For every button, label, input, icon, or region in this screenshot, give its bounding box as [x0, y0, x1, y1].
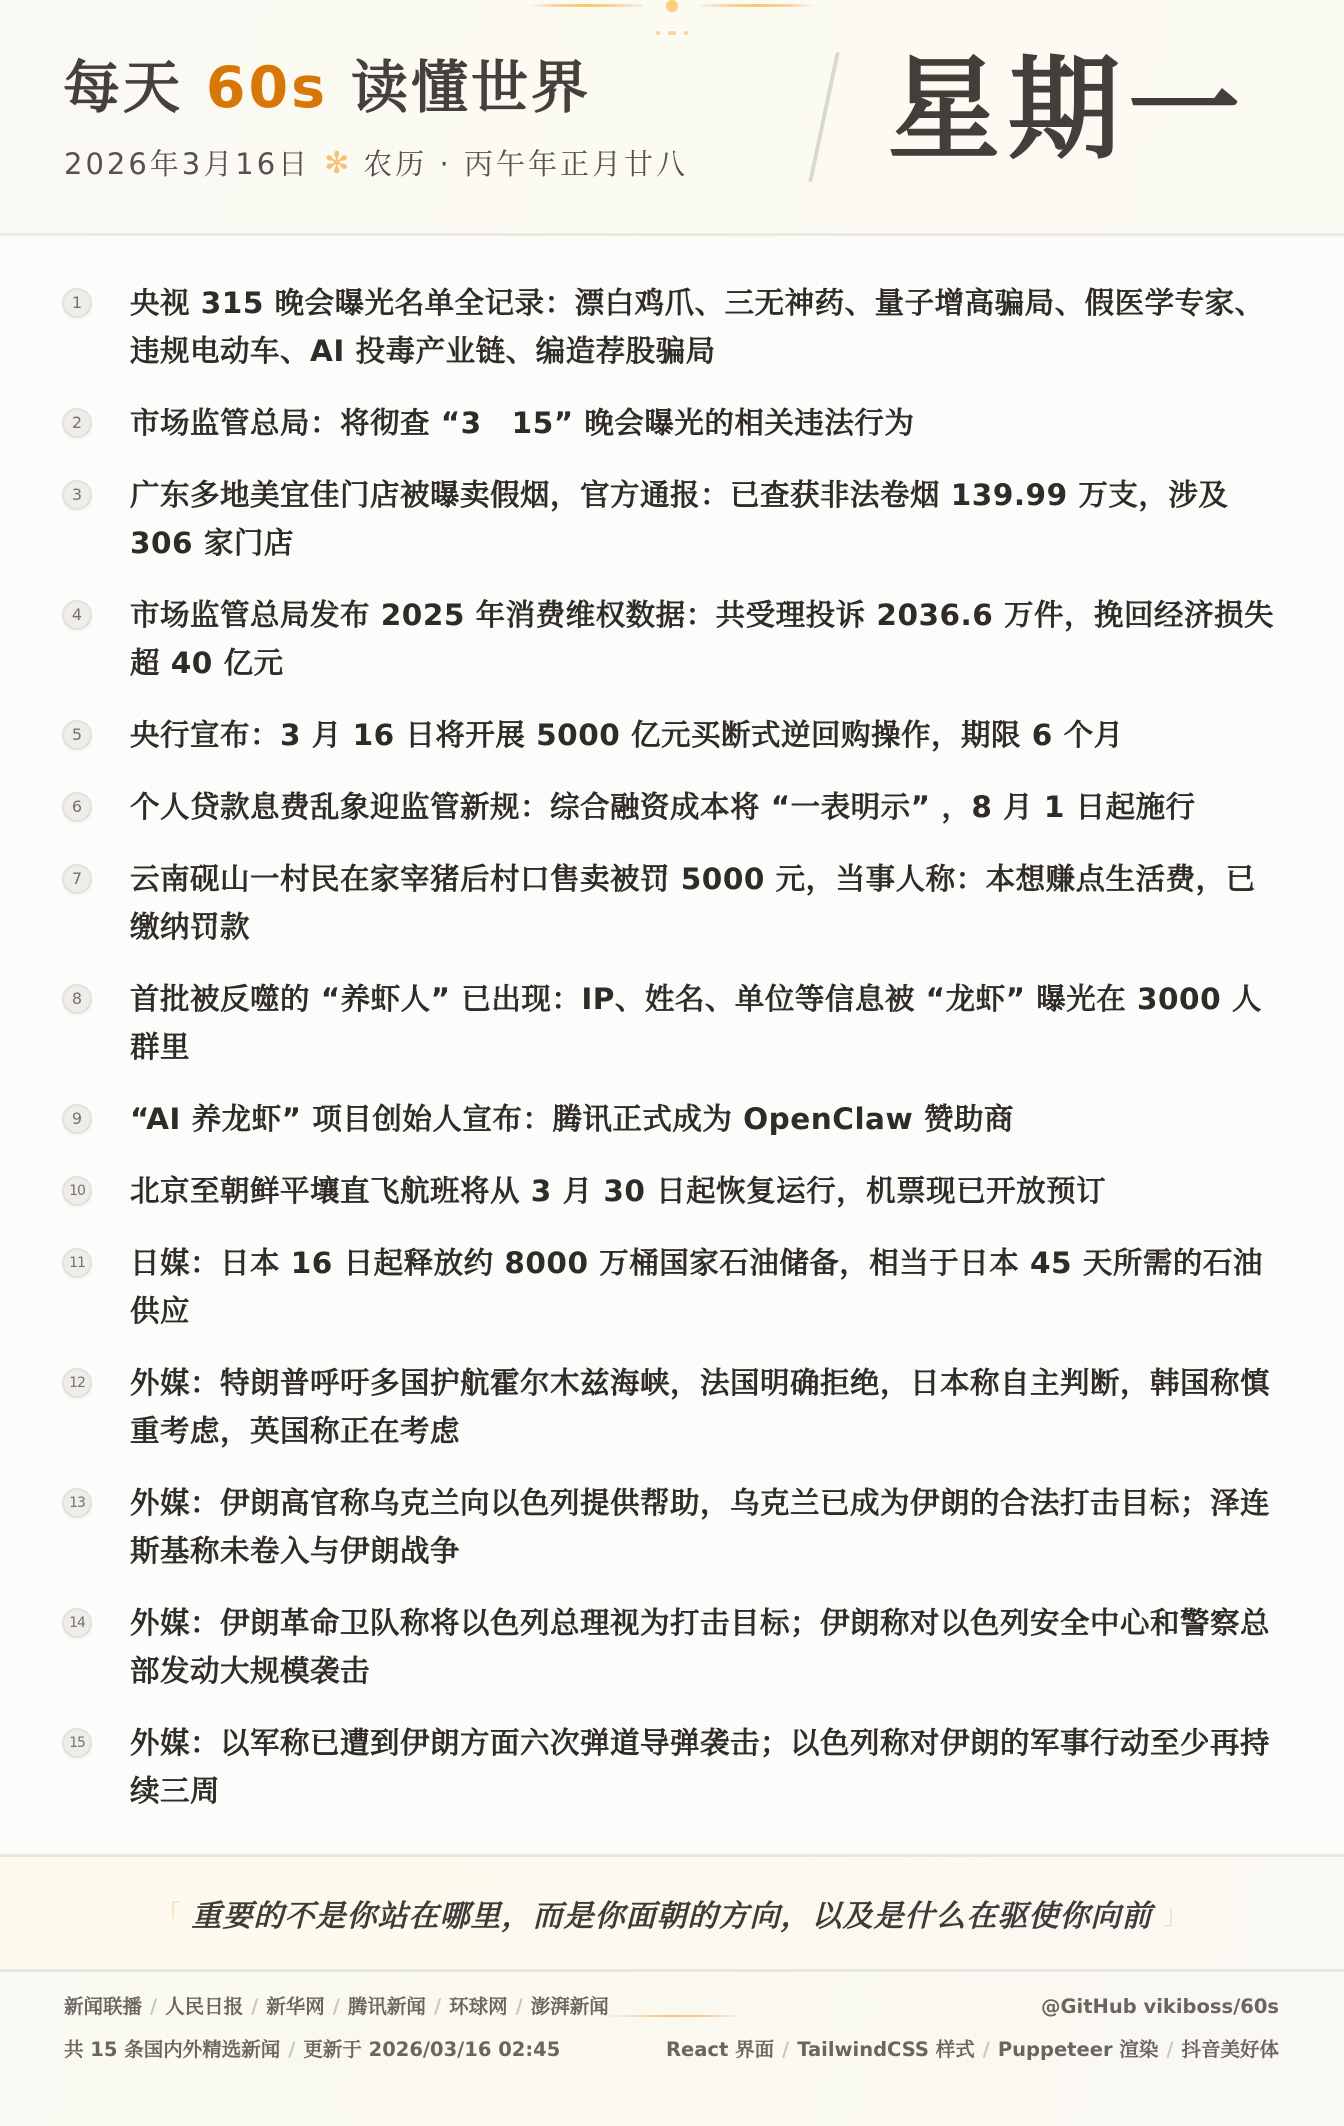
- news-headline: “AI 养龙虾” 项目创始人宣布：腾讯正式成为 OpenClaw 赞助商: [130, 1095, 1282, 1143]
- news-item: 8首批被反噬的 “养虾人” 已出现：IP、姓名、单位等信息被 “龙虾” 曝光在 …: [62, 975, 1282, 1071]
- separator-slash: /: [333, 1993, 340, 2021]
- quote-close-bracket-icon: 」: [1163, 1895, 1189, 1932]
- source-name: 新闻联播: [64, 1993, 142, 2021]
- news-index-badge: 6: [62, 792, 92, 822]
- news-sources: 新闻联播/人民日报/新华网/腾讯新闻/环球网/澎湃新闻: [64, 1993, 609, 2021]
- source-name: 腾讯新闻: [348, 1993, 426, 2021]
- news-headline: 个人贷款息费乱象迎监管新规：综合融资成本将 “一表明示” ，8 月 1 日起施行: [130, 783, 1282, 831]
- separator-slash: /: [983, 2036, 990, 2064]
- news-item: 11日媒：日本 16 日起释放约 8000 万桶国家石油储备，相当于日本 45 …: [62, 1239, 1282, 1335]
- ornament-mini-dots-icon: [656, 31, 688, 35]
- ornament-bar-left: [528, 4, 643, 7]
- top-ornament-icon: [528, 0, 816, 40]
- news-index-badge: 8: [62, 984, 92, 1014]
- news-item: 1央视 315 晚会曝光名单全记录：漂白鸡爪、三无神药、量子增高骗局、假医学专家…: [62, 279, 1282, 375]
- tech-item: Puppeteer 渲染: [998, 2036, 1159, 2064]
- news-headline: 日媒：日本 16 日起释放约 8000 万桶国家石油储备，相当于日本 45 天所…: [130, 1239, 1282, 1335]
- ornament-bar-right: [701, 4, 816, 7]
- summary-item: 更新于 2026/03/16 02:45: [303, 2036, 560, 2064]
- news-item: 9“AI 养龙虾” 项目创始人宣布：腾讯正式成为 OpenClaw 赞助商: [62, 1095, 1282, 1143]
- page-title: 每天 60s 读懂世界: [63, 48, 591, 128]
- news-headline: 北京至朝鲜平壤直飞航班将从 3 月 30 日起恢复运行，机票现已开放预订: [130, 1167, 1282, 1215]
- news-index-badge: 14: [62, 1608, 92, 1638]
- news-index-badge: 11: [62, 1248, 92, 1278]
- title-accent: 60s: [206, 55, 328, 121]
- news-item: 13外媒：伊朗高官称乌克兰向以色列提供帮助，乌克兰已成为伊朗的合法打击目标；泽连…: [62, 1479, 1282, 1575]
- news-headline: 首批被反噬的 “养虾人” 已出现：IP、姓名、单位等信息被 “龙虾” 曝光在 3…: [130, 975, 1282, 1071]
- news-index-badge: 7: [62, 864, 92, 894]
- news-headline: 市场监管总局发布 2025 年消费维权数据：共受理投诉 2036.6 万件，挽回…: [130, 591, 1282, 687]
- news-index-badge: 2: [62, 408, 92, 438]
- separator-slash: /: [251, 1993, 258, 2021]
- news-item: 12外媒：特朗普呼吁多国护航霍尔木兹海峡，法国明确拒绝，日本称自主判断，韩国称慎…: [62, 1359, 1282, 1455]
- news-item: 4市场监管总局发布 2025 年消费维权数据：共受理投诉 2036.6 万件，挽…: [62, 591, 1282, 687]
- title-suffix: 读懂世界: [328, 55, 591, 121]
- mini-dot: [684, 31, 688, 35]
- news-headline: 外媒：伊朗革命卫队称将以色列总理视为打击目标；伊朗称对以色列安全中心和警察总部发…: [130, 1599, 1282, 1695]
- news-headline: 央视 315 晚会曝光名单全记录：漂白鸡爪、三无神药、量子增高骗局、假医学专家、…: [130, 279, 1282, 375]
- tech-item: 抖音美好体: [1181, 2036, 1279, 2064]
- news-index-badge: 3: [62, 480, 92, 510]
- news-index-badge: 13: [62, 1488, 92, 1518]
- separator-slash: /: [434, 1993, 441, 2021]
- footer: 新闻联播/人民日报/新华网/腾讯新闻/环球网/澎湃新闻 共 15 条国内外精选新…: [0, 1975, 1344, 2126]
- news-item: 3广东多地美宜佳门店被曝卖假烟，官方通报：已查获非法卷烟 139.99 万支，涉…: [62, 471, 1282, 567]
- news-index-badge: 10: [62, 1176, 92, 1206]
- news-item: 5央行宣布：3 月 16 日将开展 5000 亿元买断式逆回购操作，期限 6 个…: [62, 711, 1282, 759]
- quote-open-bracket-icon: 「: [155, 1895, 181, 1932]
- mini-dot: [668, 31, 676, 35]
- separator-slash: /: [150, 1993, 157, 2021]
- title-prefix: 每天: [63, 55, 206, 121]
- separator-slash: /: [1166, 2036, 1173, 2064]
- header: 每天 60s 读懂世界 2026年3月16日 ✻ 农历 · 丙午年正月廿八 星期…: [0, 0, 1344, 236]
- mini-dot: [656, 31, 660, 35]
- github-credit-text[interactable]: @GitHub vikiboss/60s: [1041, 1993, 1279, 2021]
- news-item: 10北京至朝鲜平壤直飞航班将从 3 月 30 日起恢复运行，机票现已开放预订: [62, 1167, 1282, 1215]
- news-list: 1央视 315 晚会曝光名单全记录：漂白鸡爪、三无神药、量子增高骗局、假医学专家…: [0, 239, 1344, 1852]
- ornament-dot-icon: [666, 0, 678, 12]
- news-index-badge: 1: [62, 288, 92, 318]
- lunar-date: 农历 · 丙午年正月廿八: [363, 144, 688, 184]
- daily-news-page: 每天 60s 读懂世界 2026年3月16日 ✻ 农历 · 丙午年正月廿八 星期…: [0, 0, 1344, 2126]
- source-name: 新华网: [266, 1993, 325, 2021]
- tech-stack: React 界面/TailwindCSS 样式/Puppeteer 渲染/抖音美…: [666, 2036, 1279, 2064]
- github-credit[interactable]: @GitHub vikiboss/60s: [1041, 1993, 1279, 2021]
- quote-text: 重要的不是你站在哪里，而是你面朝的方向，以及是什么在驱使你向前: [192, 1891, 1153, 1935]
- source-name: 人民日报: [165, 1993, 243, 2021]
- news-headline: 外媒：特朗普呼吁多国护航霍尔木兹海峡，法国明确拒绝，日本称自主判断，韩国称慎重考…: [130, 1359, 1282, 1455]
- news-headline: 央行宣布：3 月 16 日将开展 5000 亿元买断式逆回购操作，期限 6 个月: [130, 711, 1282, 759]
- separator-slash: /: [782, 2036, 789, 2064]
- weekday: 星期一: [888, 40, 1248, 180]
- news-headline: 外媒：以军称已遭到伊朗方面六次弹道导弹袭击；以色列称对伊朗的军事行动至少再持续三…: [130, 1719, 1282, 1815]
- news-item: 14外媒：伊朗革命卫队称将以色列总理视为打击目标；伊朗称对以色列安全中心和警察总…: [62, 1599, 1282, 1695]
- source-name: 环球网: [449, 1993, 508, 2021]
- news-headline: 广东多地美宜佳门店被曝卖假烟，官方通报：已查获非法卷烟 139.99 万支，涉及…: [130, 471, 1282, 567]
- gregorian-date: 2026年3月16日: [64, 144, 310, 184]
- news-item: 15外媒：以军称已遭到伊朗方面六次弹道导弹袭击；以色列称对伊朗的军事行动至少再持…: [62, 1719, 1282, 1815]
- separator-slash: /: [516, 1993, 523, 2021]
- news-summary: 共 15 条国内外精选新闻/更新于 2026/03/16 02:45: [64, 2036, 560, 2064]
- news-item: 6个人贷款息费乱象迎监管新规：综合融资成本将 “一表明示” ，8 月 1 日起施…: [62, 783, 1282, 831]
- news-index-badge: 5: [62, 720, 92, 750]
- tech-item: TailwindCSS 样式: [797, 2036, 975, 2064]
- footer-ornament-icon: [600, 2015, 745, 2017]
- news-index-badge: 12: [62, 1368, 92, 1398]
- news-index-badge: 4: [62, 600, 92, 630]
- date-line: 2026年3月16日 ✻ 农历 · 丙午年正月廿八: [64, 144, 688, 184]
- news-item: 7云南砚山一村民在家宰猪后村口售卖被罚 5000 元，当事人称：本想赚点生活费，…: [62, 855, 1282, 951]
- news-headline: 外媒：伊朗高官称乌克兰向以色列提供帮助，乌克兰已成为伊朗的合法打击目标；泽连斯基…: [130, 1479, 1282, 1575]
- summary-item: 共 15 条国内外精选新闻: [64, 2036, 280, 2064]
- source-name: 澎湃新闻: [531, 1993, 609, 2021]
- spark-icon: ✻: [324, 144, 349, 184]
- daily-quote: 「 重要的不是你站在哪里，而是你面朝的方向，以及是什么在驱使你向前 」: [0, 1854, 1344, 1972]
- tech-item: React 界面: [666, 2036, 774, 2064]
- news-headline: 市场监管总局：将彻查 “3 15” 晚会曝光的相关违法行为: [130, 399, 1282, 447]
- news-index-badge: 9: [62, 1104, 92, 1134]
- news-index-badge: 15: [62, 1728, 92, 1758]
- divider-slash: [808, 52, 840, 182]
- separator-slash: /: [288, 2036, 295, 2064]
- news-item: 2市场监管总局：将彻查 “3 15” 晚会曝光的相关违法行为: [62, 399, 1282, 447]
- news-headline: 云南砚山一村民在家宰猪后村口售卖被罚 5000 元，当事人称：本想赚点生活费，已…: [130, 855, 1282, 951]
